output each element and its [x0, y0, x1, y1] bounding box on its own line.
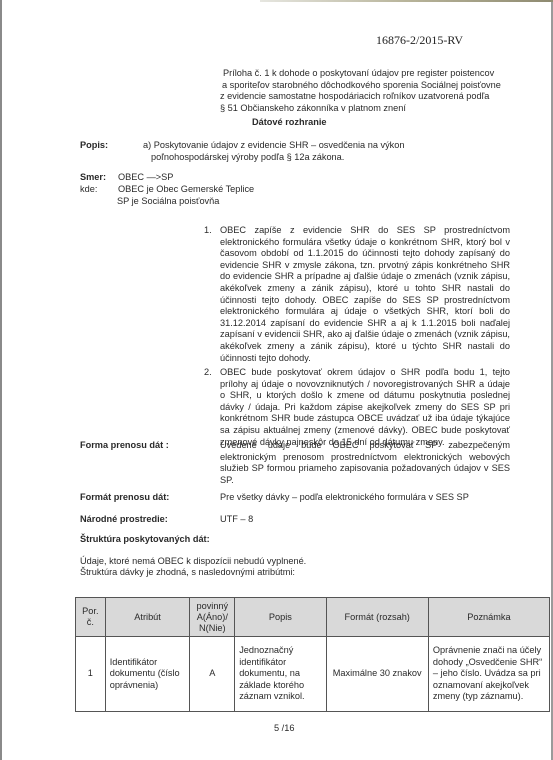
- annex-line: Príloha č. 1 k dohode o poskytovaní údaj…: [220, 68, 510, 80]
- smer-label: Smer:: [80, 172, 106, 182]
- format-prenosu-label: Formát prenosu dát:: [80, 492, 169, 502]
- item-number: 2.: [204, 367, 212, 377]
- forma-prenosu-label: Forma prenosu dát :: [80, 440, 169, 450]
- struktura-line: Údaje, ktoré nemá OBEC k dispozícii nebu…: [80, 556, 306, 568]
- popis-marker: a): [143, 140, 151, 150]
- narodne-prostredie-label: Národné prostredie:: [80, 514, 168, 524]
- column-header: povinný A(Áno)/ N(Nie): [190, 598, 235, 637]
- popis-line: poľnohospodárskej výroby podľa § 12a zák…: [143, 152, 443, 164]
- smer-value: OBEC —>SP: [118, 172, 173, 184]
- annex-heading: Príloha č. 1 k dohode o poskytovaní údaj…: [220, 68, 510, 114]
- scan-edge-top: [260, 0, 553, 2]
- table-row: 1 Identifikátor dokumentu (číslo oprávne…: [76, 637, 550, 712]
- scan-edge-left: [0, 0, 2, 760]
- numbered-item-text: OBEC zapíše z evidencie SHR do SES SP pr…: [220, 225, 510, 364]
- format-prenosu-text: Pre všetky dávky – podľa elektronického …: [220, 492, 469, 504]
- column-header: Por. č.: [76, 598, 106, 637]
- cell-mandatory: A: [190, 637, 235, 712]
- popis-line: Poskytovanie údajov z evidencie SHR – os…: [154, 140, 405, 150]
- column-header: Poznámka: [428, 598, 549, 637]
- section-title: Dátové rozhranie: [252, 117, 327, 127]
- cell-attribute: Identifikátor dokumentu (číslo oprávneni…: [105, 637, 190, 712]
- cell-note: Oprávnenie znači na účely dohody „Osvedč…: [428, 637, 549, 712]
- numbered-item-text: OBEC bude poskytovať okrem údajov o SHR …: [220, 367, 510, 448]
- struktura-label: Štruktúra poskytovaných dát:: [80, 534, 210, 544]
- table-header-row: Por. č. Atribút povinný A(Áno)/ N(Nie) P…: [76, 598, 550, 637]
- cell-number: 1: [76, 637, 106, 712]
- annex-line: a sporiteľov starobného dôchodkového spo…: [220, 80, 510, 92]
- column-header: Popis: [235, 598, 326, 637]
- annex-line: z evidencie samostatne hospodáriacich ro…: [220, 91, 510, 103]
- document-reference: 16876-2/2015-RV: [376, 33, 463, 48]
- column-header: Atribút: [105, 598, 190, 637]
- struktura-line: Štruktúra dávky je zhodná, s nasledovným…: [80, 567, 295, 579]
- forma-prenosu-text: Uvedené údaje bude OBEC poskytovať SP za…: [220, 440, 510, 486]
- cell-format: Maximálne 30 znakov: [326, 637, 428, 712]
- kde-line: SP je Sociálna poisťovňa: [117, 196, 219, 208]
- narodne-prostredie-value: UTF – 8: [220, 514, 253, 526]
- item-number: 1.: [204, 225, 212, 235]
- kde-label: kde:: [80, 184, 97, 196]
- cell-description: Jednoznačný identifikátor dokumentu, na …: [235, 637, 326, 712]
- popis-label: Popis:: [80, 140, 108, 150]
- attributes-table: Por. č. Atribút povinný A(Áno)/ N(Nie) P…: [75, 597, 550, 712]
- annex-line: § 51 Občianskeho zákonníka v platnom zne…: [220, 103, 510, 115]
- popis-text: a) Poskytovanie údajov z evidencie SHR –…: [143, 140, 443, 163]
- page-number: 5 /16: [274, 723, 294, 733]
- column-header: Formát (rozsah): [326, 598, 428, 637]
- kde-line: OBEC je Obec Gemerské Teplice: [118, 184, 254, 196]
